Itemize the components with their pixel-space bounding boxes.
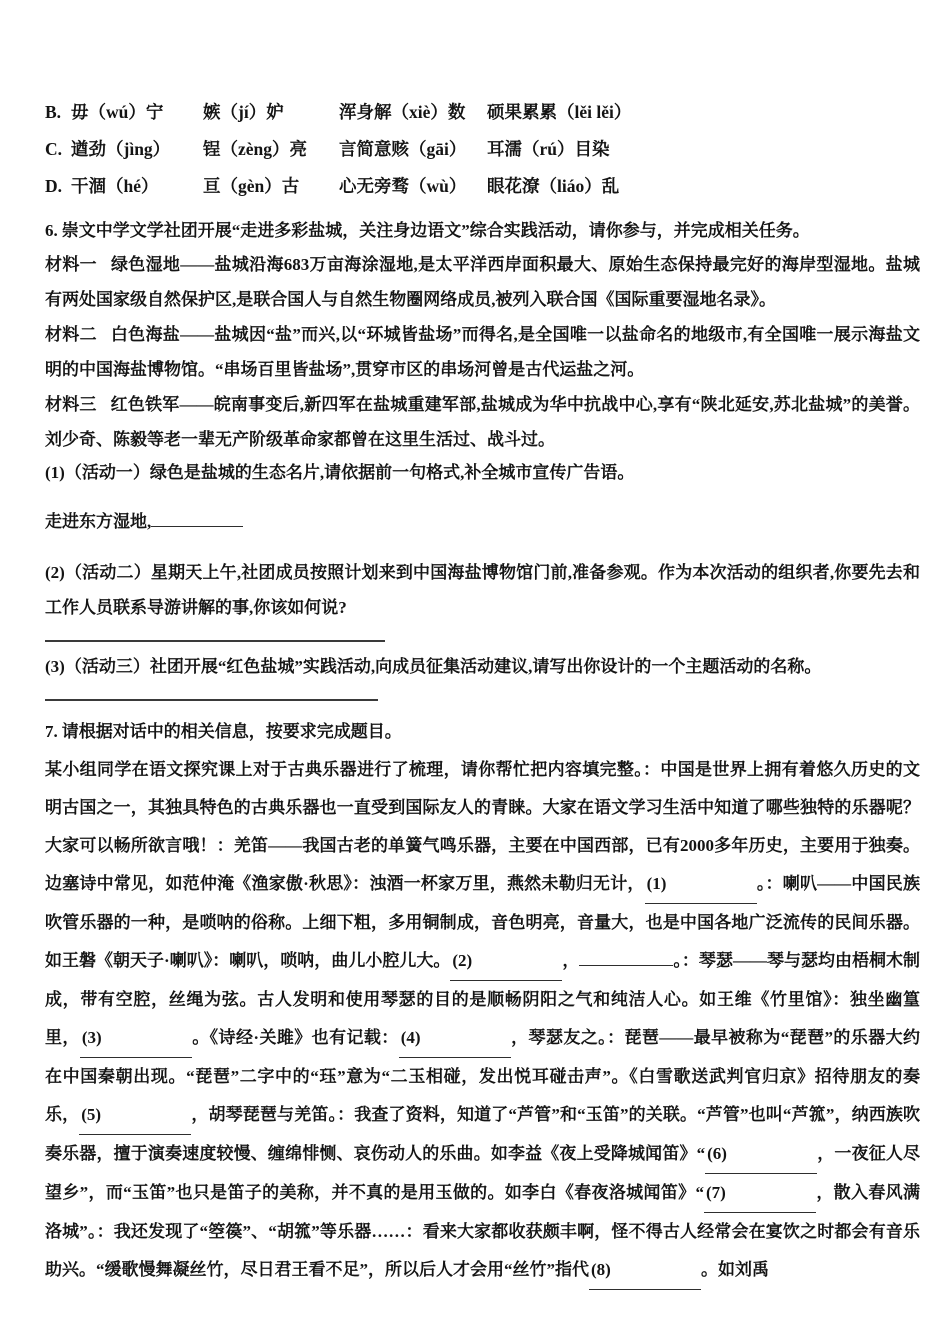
- answer-blank: (8): [589, 1251, 701, 1290]
- option-item: 锃（zèng）亮: [203, 131, 339, 168]
- material-label: 材料一: [45, 255, 111, 274]
- answer-blank: (4): [399, 1019, 511, 1058]
- material-text: 白色海盐——盐城因“盐”而兴,以“环城皆盐场”而得名,是全国唯一以盐命名的地级市…: [45, 325, 920, 379]
- material-paragraph: 材料二白色海盐——盐城因“盐”而兴,以“环城皆盐场”而得名,是全国唯一以盐命名的…: [45, 317, 920, 387]
- option-item: 耳濡（rú）目染: [487, 131, 920, 168]
- option-row-b: B. 毋（wú）宁 嫉（jí）妒 浑身解（xiè）数 硕果累累（lěi lěi）: [45, 94, 920, 131]
- question6-materials: 材料一绿色湿地——盐城沿海683万亩海涂湿地,是太平洋西岸面积最大、原始生态保持…: [45, 247, 920, 457]
- option-label: D.: [45, 168, 71, 205]
- activity1-answer-line: 走进东方湿地,: [45, 506, 920, 538]
- activity2-text: (2)（活动二）星期天上午,社团成员按照计划来到中国海盐博物馆门前,准备参观。作…: [45, 555, 920, 625]
- answer-blank: (7): [704, 1174, 816, 1213]
- answer-blank: [579, 965, 673, 966]
- option-item: 浑身解（xiè）数: [339, 94, 487, 131]
- answer-blank: (1): [645, 865, 757, 904]
- answer-blank: (2): [450, 942, 562, 981]
- option-item: 言简意赅（gāi）: [339, 131, 487, 168]
- option-item: 心无旁骛（wù）: [339, 168, 487, 205]
- exam-page: B. 毋（wú）宁 嫉（jí）妒 浑身解（xiè）数 硕果累累（lěi lěi）…: [0, 0, 950, 1290]
- option-item: 亘（gèn）古: [203, 168, 339, 205]
- question6-stem-text: 崇文中学文学社团开展“走进多彩盐城，关注身边语文”综合实践活动，请你参与，并完成…: [62, 221, 810, 240]
- activity3-text: (3)（活动三）社团开展“红色盐城”实践活动,向成员征集活动建议,请写出你设计的…: [45, 651, 920, 683]
- dialog-text: ，: [562, 951, 579, 970]
- material-paragraph: 材料三红色铁军——皖南事变后,新四军在盐城重建军部,盐城成为华中抗战中心,享有“…: [45, 387, 920, 457]
- question7-stem-text: 请根据对话中的相关信息，按要求完成题目。: [62, 722, 402, 741]
- activity1-lead: 走进东方湿地,: [45, 512, 151, 531]
- answer-blank: [151, 526, 243, 527]
- option-item: 干涸（hé）: [71, 168, 203, 205]
- question7-number: 7.: [45, 722, 62, 741]
- answer-blank: (5): [79, 1096, 191, 1135]
- material-text: 绿色湿地——盐城沿海683万亩海涂湿地,是太平洋西岸面积最大、原始生态保持最完好…: [45, 255, 920, 309]
- material-label: 材料二: [45, 325, 111, 344]
- option-item: 硕果累累（lěi lěi）: [487, 94, 920, 131]
- question7-stem: 7.请根据对话中的相关信息，按要求完成题目。: [45, 716, 920, 748]
- answer-blank: (6): [705, 1135, 817, 1174]
- answer-line: [45, 699, 378, 701]
- option-row-d: D. 干涸（hé） 亘（gèn）古 心无旁骛（wù） 眼花潦（liáo）乱: [45, 168, 920, 205]
- q7-dialog: 某小组同学在语文探究课上对于古典乐器进行了梳理，请你帮忙把内容填完整。：中国是世…: [45, 751, 920, 1290]
- option-item: 遒劲（jìng）: [71, 131, 203, 168]
- answer-line: [45, 640, 385, 642]
- dialog-text: 。如刘禹: [701, 1260, 769, 1279]
- question6-stem: 6.崇文中学文学社团开展“走进多彩盐城，关注身边语文”综合实践活动，请你参与，并…: [45, 215, 920, 247]
- question6-number: 6.: [45, 221, 62, 240]
- material-label: 材料三: [45, 395, 111, 414]
- option-label: B.: [45, 94, 71, 131]
- option-row-c: C. 遒劲（jìng） 锃（zèng）亮 言简意赅（gāi） 耳濡（rú）目染: [45, 131, 920, 168]
- option-item: 眼花潦（liáo）乱: [487, 168, 920, 205]
- answer-blank: (3): [80, 1019, 192, 1058]
- activity1-text: (1)（活动一）绿色是盐城的生态名片,请依据前一句格式,补全城市宣传广告语。: [45, 457, 920, 489]
- option-item: 毋（wú）宁: [71, 94, 203, 131]
- option-item: 嫉（jí）妒: [203, 94, 339, 131]
- dialog-text: 。《诗经·关雎》也有记载：: [192, 1028, 399, 1047]
- material-text: 红色铁军——皖南事变后,新四军在盐城重建军部,盐城成为华中抗战中心,享有“陕北延…: [45, 395, 920, 449]
- material-paragraph: 材料一绿色湿地——盐城沿海683万亩海涂湿地,是太平洋西岸面积最大、原始生态保持…: [45, 247, 920, 317]
- option-label: C.: [45, 131, 71, 168]
